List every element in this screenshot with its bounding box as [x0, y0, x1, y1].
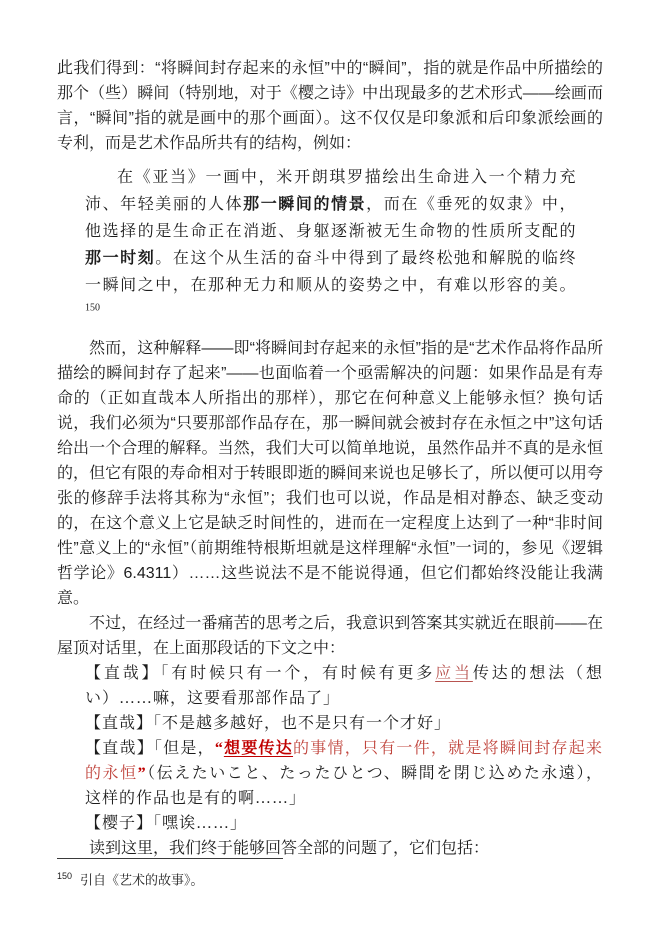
dialogue-line-naoya-1: 【直哉】「有时候只有一个，有时候有更多应当传达的想法（想い）……嘛，这要看那部作…: [85, 661, 603, 711]
document-page: 此我们得到：“将瞬间封存起来的永恒”中的“瞬间”，指的就是作品中所描绘的那个（些…: [0, 0, 660, 937]
text-segment: ”: [138, 765, 147, 782]
paragraph-however-problem: 然而，这种解释——即“将瞬间封存起来的永恒”指的是“艺术作品将作品所描绘的瞬间封…: [57, 336, 603, 611]
text-segment: 那一瞬间的情景: [243, 196, 366, 213]
text-segment: 150: [85, 303, 100, 314]
text-segment: 想要传达: [224, 740, 293, 757]
text-segment: 【樱子】「嘿诶……」: [85, 815, 247, 832]
footnote-150: 150引自《艺术的故事》。: [57, 867, 603, 889]
footnote-text-content: 引自《艺术的故事》。: [80, 872, 204, 887]
text-segment: （伝えたいこと、たったひとつ、瞬間を閉じ込めた永遠），这样的作品也是有的啊……」: [85, 765, 603, 807]
footnote-divider: [57, 858, 283, 859]
dialogue-line-naoya-3: 【直哉】「但是，“想要传达的事情，只有一件，就是将瞬间封存起来的永恒”（伝えたい…: [85, 736, 603, 811]
block-quote-gombrich: 在《亚当》一画中，米开朗琪罗描绘出生命进入一个精力充沛、年轻美丽的人体那一瞬间的…: [85, 164, 577, 326]
text-segment: 那一时刻: [85, 250, 155, 267]
text-segment: 应当: [435, 665, 473, 682]
text-segment: 。在这个从生活的奋斗中得到了最终松弛和解脱的临终一瞬间之中，在那种无力和顺从的姿…: [85, 250, 577, 294]
paragraph-conclusion-moment: 此我们得到：“将瞬间封存起来的永恒”中的“瞬间”，指的就是作品中所描绘的那个（些…: [57, 56, 603, 156]
footnote-area: 150引自《艺术的故事》。: [57, 858, 603, 889]
text-segment: 【直哉】「不是越多越好，也不是只有一个才好」: [85, 715, 451, 732]
dialogue-line-sakurako: 【樱子】「嘿诶……」: [85, 811, 603, 836]
text-segment: 【直哉】「但是，: [85, 740, 215, 757]
paragraph-answer-nearby: 不过，在经过一番痛苦的思考之后，我意识到答案其实就近在眼前——在屋顶对话里，在上…: [57, 611, 603, 661]
text-segment: “: [215, 740, 224, 757]
text-segment: 【直哉】「有时候只有一个，有时候有更多: [85, 665, 435, 682]
footnote-ref-number: 150: [57, 871, 72, 881]
dialogue-line-naoya-2: 【直哉】「不是越多越好，也不是只有一个才好」: [85, 711, 603, 736]
